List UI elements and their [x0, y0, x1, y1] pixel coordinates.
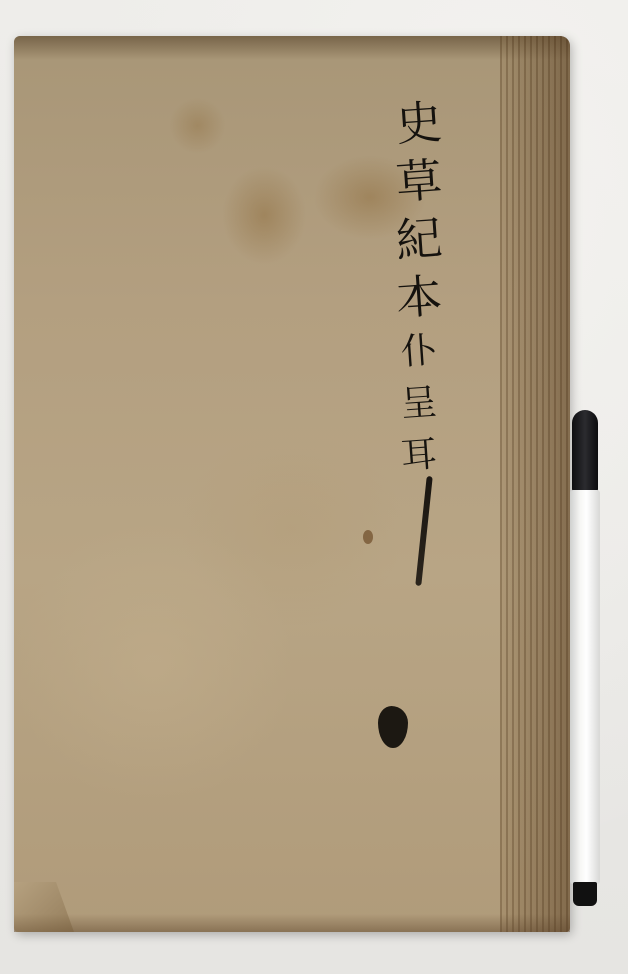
worn-corner [14, 882, 74, 932]
pen-cap [572, 410, 598, 492]
title-char: 呈 [399, 377, 439, 431]
title-char: 本 [394, 266, 444, 327]
bottom-edge [14, 914, 570, 932]
title-char: 史 [394, 92, 444, 153]
title-char: 紀 [394, 208, 444, 269]
title-char: 仆 [399, 325, 439, 379]
pen [570, 410, 602, 906]
frayed-top-edge [14, 36, 570, 60]
manuscript-book [14, 36, 570, 932]
title-char: 耳 [399, 429, 439, 483]
page-block-edge [500, 36, 570, 932]
stain-spot [363, 530, 373, 544]
pen-end-cap [573, 882, 597, 906]
brush-stroke-tail [415, 476, 432, 586]
handwritten-title: 史 草 紀 本 仆 呈 耳 [382, 94, 456, 586]
pen-barrel [570, 490, 600, 884]
title-char: 草 [394, 150, 444, 211]
